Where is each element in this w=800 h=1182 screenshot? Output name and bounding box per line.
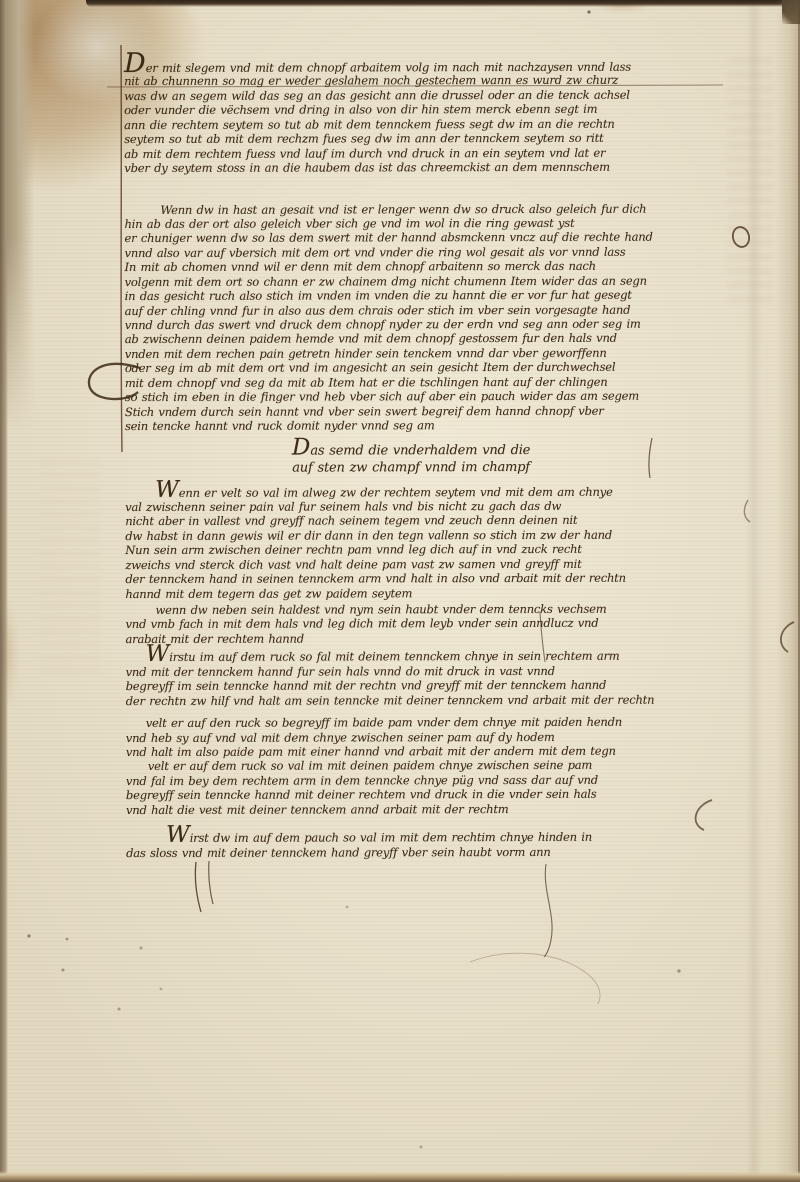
manuscript-line: wenn dw neben sein haldest vnd nym sein … [125, 601, 741, 617]
manuscript-line: begreyff sein tenncke hannd mit deiner r… [126, 787, 742, 803]
manuscript-line: nit ab chunnenn so mag er weder geslahem… [124, 73, 740, 89]
manuscript-photo: Der mit slegem vnd mit dem chnopf arbait… [0, 0, 800, 1182]
manuscript-line: ab mit dem rechtem fuess vnd lauf im dur… [124, 145, 740, 161]
manuscript-line: vber dy seytem stoss in an die haubem da… [124, 159, 740, 175]
manuscript-line: oder vunder die vëchsem vnd dring in als… [124, 102, 740, 118]
manuscript-line: nicht aber in vallest vnd greyff nach se… [125, 513, 741, 529]
manuscript-line: hannd mit dem tegern das get zw paidem s… [125, 585, 741, 601]
page-crease [746, 0, 762, 1182]
manuscript-line: vnd halt im also paide pam mit einer han… [126, 743, 742, 759]
manuscript-line: so stich im eben in die finger vnd heb v… [125, 389, 741, 405]
descender-flourish [544, 864, 552, 957]
manuscript-line: Stich vndem durch sein hannt vnd vber se… [125, 403, 741, 419]
manuscript-line: ab zwischenn deinen paidem hemde vnd mit… [125, 331, 741, 347]
page-right-edge [776, 0, 800, 1182]
bleedthrough-ghost [40, 460, 100, 680]
manuscript-line: was dw an segem wild das seg an das gesi… [124, 87, 740, 103]
manuscript-line: der tennckem hand in seinen tennckem arm… [125, 571, 741, 587]
paragraph: Wenn er velt so val im alweg zw der rech… [125, 484, 741, 601]
manuscript-line: seytem so tut ab mit dem rechzm fues seg… [124, 131, 740, 147]
page-top-edge [86, 0, 800, 7]
manuscript-line: in das gesicht ruch also stich im vnden … [125, 288, 741, 304]
manuscript-line: auf sten zw champf vnnd im champf [125, 458, 697, 476]
manuscript-line: vnd vmb fach in mit dem hals vnd leg dic… [125, 616, 741, 632]
manuscript-line: auf der chling vnnd fur in also aus dem … [125, 302, 741, 318]
manuscript-line: Der mit slegem vnd mit dem chnopf arbait… [124, 58, 740, 74]
manuscript-line: val zwischenn seiner pain val fur seinem… [125, 498, 741, 514]
descender-flourish [209, 861, 213, 904]
manuscript-line: volgenn mit dem ort so chann er zw chain… [125, 273, 741, 289]
manuscript-line: Nun sein arm zwischen deiner rechtn pam … [125, 542, 741, 558]
manuscript-line: begreyff im sein tenncke hannd mit der r… [126, 678, 742, 694]
manuscript-line: vnd fal im bey dem rechtem arm in dem te… [126, 772, 742, 788]
paragraph: velt er auf dem ruck so val im mit deine… [126, 758, 742, 817]
manuscript-line: mit dem chnopf vnd seg da mit ab Item ha… [125, 374, 741, 390]
manuscript-line: vnd halt die vest mit deiner tennckem an… [126, 801, 742, 817]
manuscript-line: vnden mit dem rechen pain getretn hinder… [125, 345, 741, 361]
manuscript-line: Wirst dw im auf dem pauch so val im mit … [126, 830, 742, 846]
page-bottom-edge [0, 1171, 800, 1182]
manuscript-line: velt er auf den ruck so begreyff im baid… [126, 714, 742, 730]
manuscript-line: Wirstu im auf dem ruck so fal mit deinem… [126, 649, 742, 665]
manuscript-line: Wenn er velt so val im alweg zw der rech… [125, 484, 741, 500]
manuscript-line: vnnd also var auf vbersich mit dem ort v… [124, 244, 740, 260]
manuscript-line: oder seg im ab mit dem ort vnd im angesi… [125, 360, 741, 376]
paragraph: Wirst dw im auf dem pauch so val im mit … [126, 830, 742, 860]
descender-flourish [195, 862, 201, 912]
paragraph: Der mit slegem vnd mit dem chnopf arbait… [124, 58, 740, 175]
manuscript-line: zweichs vnd sterck dich vast vnd halt de… [125, 556, 741, 572]
section-heading: Das semd die vnderhaldem vnd dieauf sten… [125, 441, 741, 477]
manuscript-line: sein tencke hannt vnd ruck domit nyder v… [125, 417, 741, 433]
manuscript-line: er chuniger wenn dw so las dem swert mit… [124, 230, 740, 246]
manuscript-line: dw habst in dann gewis wil er dir dann i… [125, 527, 741, 543]
manuscript-line: Wenn dw in hast an gesait vnd ist er len… [124, 201, 740, 217]
manuscript-line: vnd mit der tennckem hannd fur sein hals… [126, 663, 742, 679]
page-left-edge [0, 0, 8, 1182]
manuscript-line: der rechtn zw hilf vnd halt am sein tenn… [126, 692, 742, 708]
manuscript-line: In mit ab chomen vnnd wil er denn mit de… [125, 259, 741, 275]
paragraph: wenn dw neben sein haldest vnd nym sein … [125, 601, 741, 646]
manuscript-line: ann die rechtem seytem so tut ab mit dem… [124, 116, 740, 132]
paragraph: velt er auf den ruck so begreyff im baid… [126, 714, 742, 759]
paragraph: Wenn dw in hast an gesait vnd ist er len… [124, 201, 741, 434]
hairline-scratch [470, 953, 600, 1004]
manuscript-line: das sloss vnd mit deiner tennckem hand g… [126, 844, 742, 860]
manuscript-line: vnd heb sy auf vnd val mit dem chnye zwi… [126, 729, 742, 745]
manuscript-line: velt er auf dem ruck so val im mit deine… [126, 758, 742, 774]
text-block: Der mit slegem vnd mit dem chnopf arbait… [124, 58, 742, 860]
manuscript-line: arabait mit der rechtem hannd [125, 630, 741, 646]
manuscript-line: hin ab das der ort also geleich vber sic… [124, 215, 740, 231]
paragraph: Wirstu im auf dem ruck so fal mit deinem… [126, 649, 742, 708]
manuscript-line: vnnd durch das swert vnd druck dem chnop… [125, 316, 741, 332]
manuscript-line: Das semd die vnderhaldem vnd die [125, 441, 697, 459]
